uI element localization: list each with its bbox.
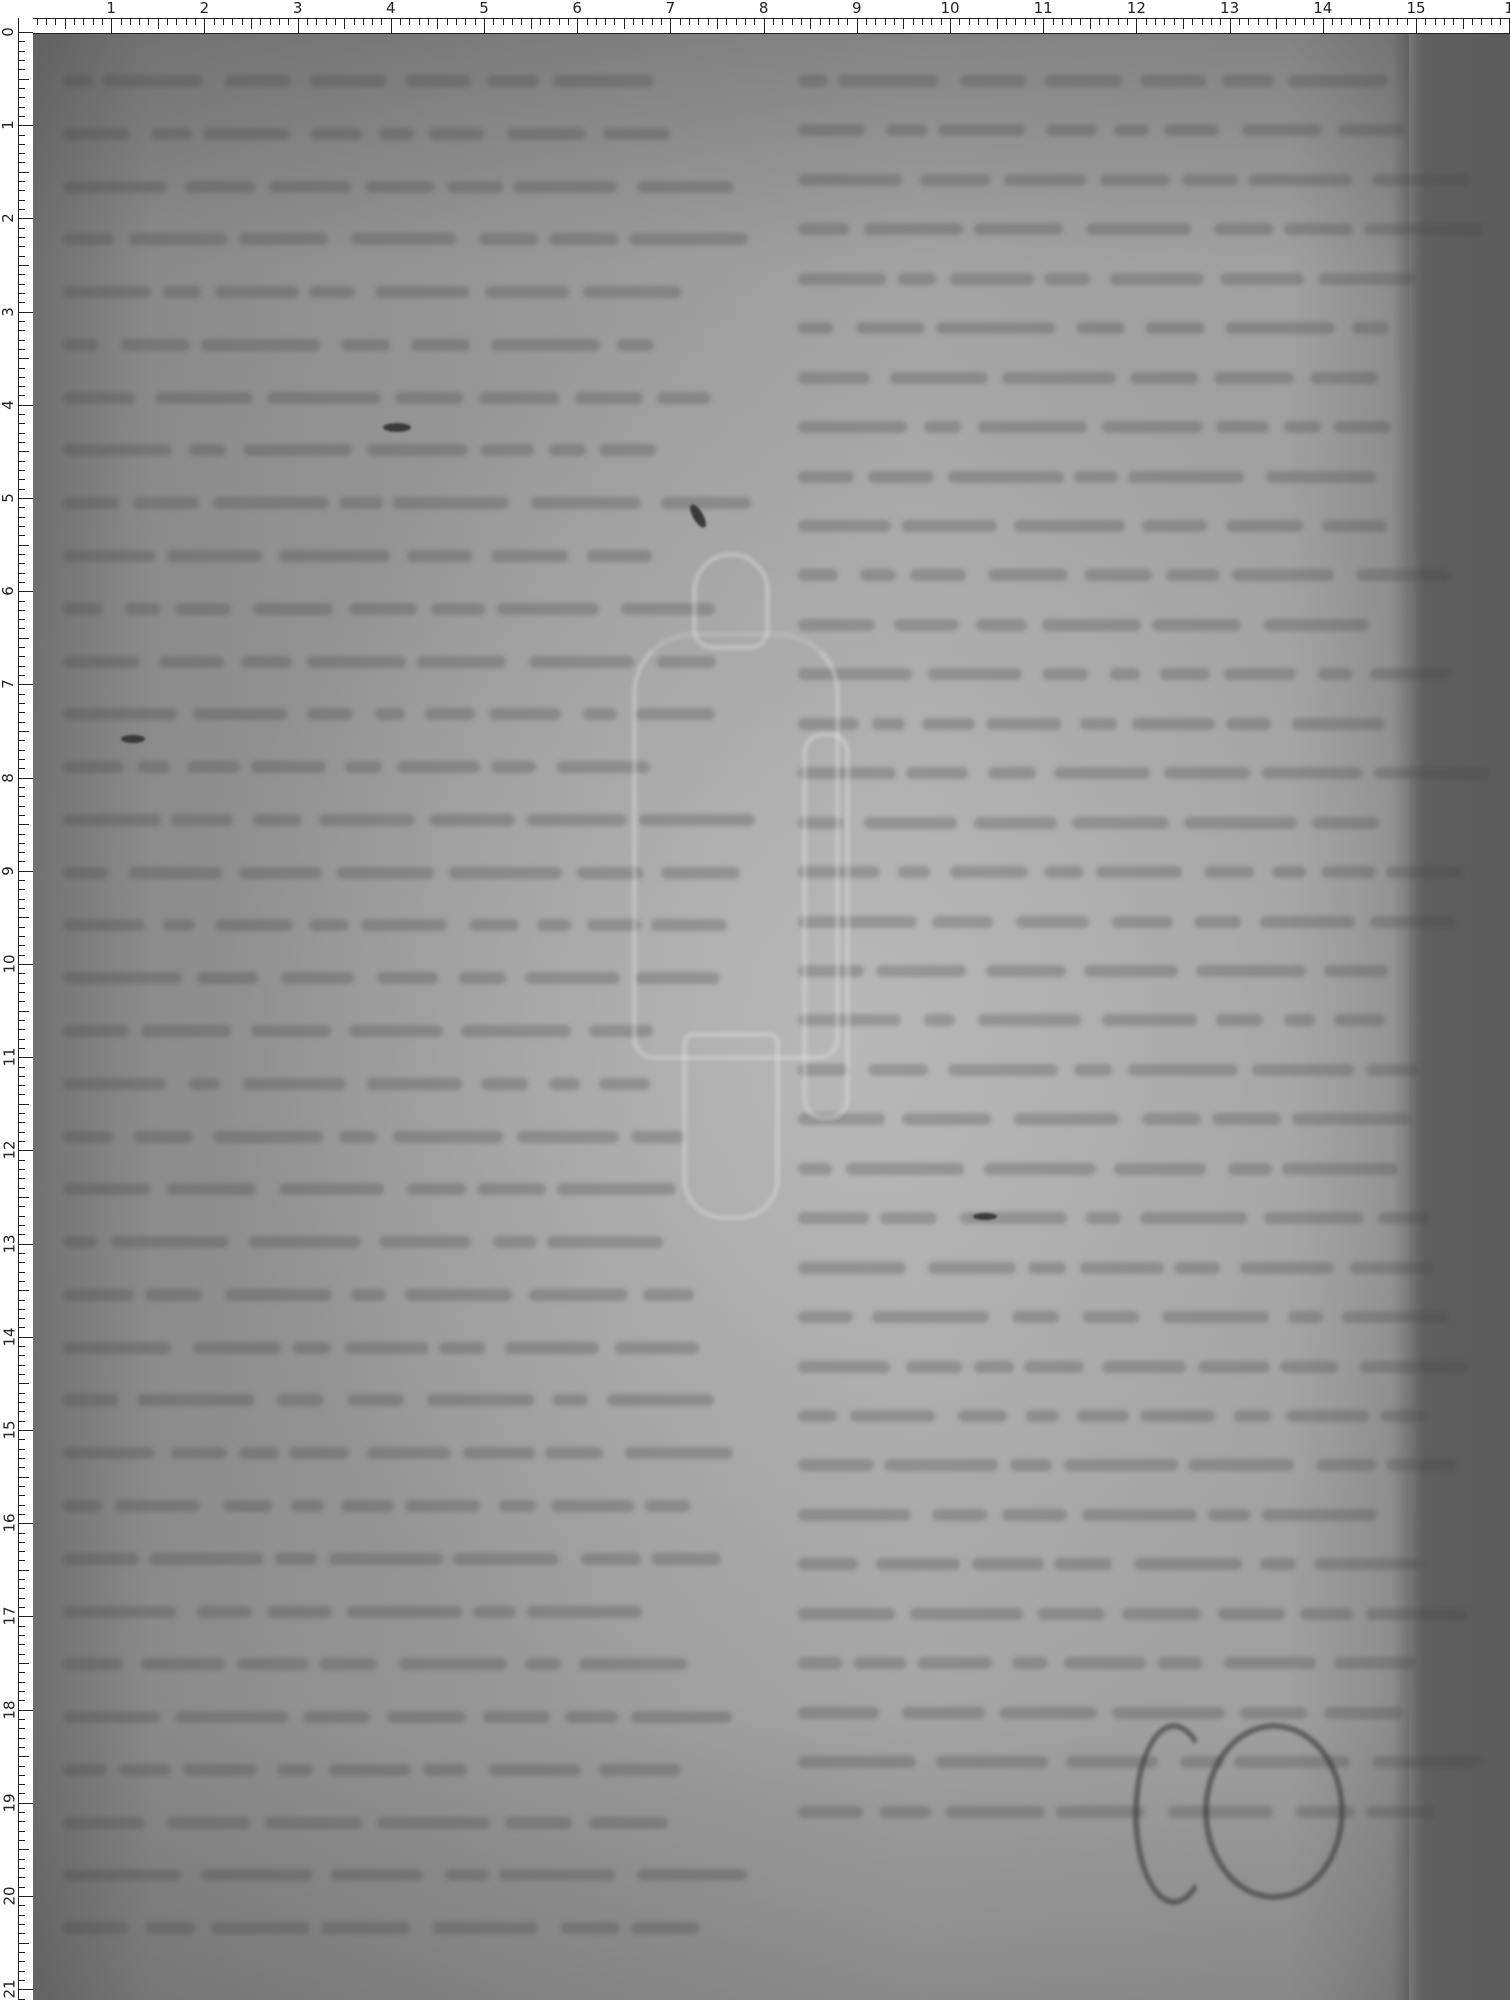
script-word (349, 1025, 443, 1037)
script-word (121, 339, 190, 351)
ruler-tick (232, 18, 233, 25)
ruler-tick (18, 498, 33, 499)
script-word (525, 1658, 561, 1670)
script-word (1112, 1707, 1225, 1719)
script-word (1132, 718, 1215, 730)
ruler-tick (503, 18, 504, 25)
ruler-tick (689, 18, 690, 25)
script-word (884, 1459, 998, 1471)
script-word (429, 814, 515, 826)
ruler-tick (745, 18, 746, 25)
script-word (405, 1500, 480, 1512)
script-word (487, 75, 539, 87)
ruler-tick (18, 340, 25, 341)
ruler-tick (18, 1225, 25, 1226)
ruler-tick (18, 293, 25, 294)
script-word (798, 223, 849, 235)
script-word (1182, 174, 1238, 186)
script-word (798, 1657, 842, 1669)
script-word (407, 1183, 466, 1195)
script-word (1140, 1410, 1215, 1422)
ruler-tick (18, 1728, 25, 1729)
script-word (185, 181, 255, 193)
script-word (1318, 668, 1352, 680)
ruler-tick (18, 908, 25, 909)
ruler-tick (18, 1588, 25, 1589)
script-word (1370, 668, 1450, 680)
ruler-tick (18, 451, 29, 452)
ruler-tick (1407, 18, 1408, 25)
ruler-tick (1127, 18, 1128, 25)
ruler-tick (531, 18, 532, 29)
ruler-label: 20 (0, 1888, 16, 1904)
script-word (171, 1447, 227, 1459)
ruler-tick (18, 1868, 25, 1869)
ruler-tick (18, 1887, 25, 1888)
script-word (1080, 718, 1117, 730)
ruler-tick (18, 619, 25, 620)
ruler-tick (1444, 18, 1445, 25)
ruler-tick (18, 1654, 25, 1655)
ruler-tick (18, 1542, 25, 1543)
script-word (145, 1289, 202, 1301)
script-word (625, 1447, 733, 1459)
ruler-tick (18, 1244, 33, 1245)
script-word (347, 1606, 462, 1618)
ruler-tick (1463, 18, 1464, 29)
ruler-tick (1015, 18, 1016, 25)
script-word (489, 1764, 581, 1776)
script-word (557, 1183, 676, 1195)
script-word (215, 919, 293, 931)
ruler-tick (1118, 18, 1119, 25)
ink-blot (121, 735, 145, 743)
script-word (936, 1756, 1048, 1768)
script-word (1224, 1657, 1316, 1669)
script-word (1264, 619, 1369, 631)
script-word (427, 1394, 534, 1406)
script-word (561, 1922, 620, 1934)
script-word (485, 286, 569, 298)
ruler-tick (260, 18, 261, 25)
script-word (167, 1183, 256, 1195)
ruler-tick (18, 368, 25, 369)
script-word (63, 761, 124, 773)
ruler-tick (587, 18, 588, 25)
script-word (549, 444, 586, 456)
ruler-tick (18, 1961, 25, 1962)
script-word (1046, 124, 1097, 136)
script-word (798, 1459, 874, 1471)
script-word (1152, 619, 1241, 631)
script-word (387, 1711, 466, 1723)
ruler-tick (18, 470, 25, 471)
ruler-tick (18, 666, 25, 667)
script-word (978, 1014, 1081, 1026)
ruler-label: 11 (0, 1049, 16, 1065)
ruler-label: 18 (0, 1702, 16, 1718)
script-word (868, 471, 934, 483)
ruler-label: 17 (0, 1608, 16, 1624)
script-word (469, 919, 519, 931)
ruler-tick (18, 1859, 25, 1860)
ruler-tick (18, 1020, 25, 1021)
script-word (1072, 817, 1169, 829)
script-word (405, 75, 471, 87)
ruler-tick (18, 162, 25, 163)
script-word (171, 814, 233, 826)
ruler-tick (344, 18, 345, 29)
script-word (365, 181, 435, 193)
script-word (311, 128, 362, 140)
ruler-tick (18, 1402, 25, 1403)
script-word (291, 1500, 324, 1512)
ruler-tick (18, 1234, 25, 1235)
script-word (1082, 1509, 1197, 1521)
ruler-label: 9 (852, 0, 862, 16)
script-word (1232, 569, 1334, 581)
ruler-tick (18, 321, 25, 322)
ruler-tick (18, 1160, 25, 1161)
ruler-tick (1500, 18, 1501, 25)
script-word (1112, 916, 1173, 928)
script-word (63, 1869, 181, 1881)
ruler-tick (18, 79, 29, 80)
script-word (1128, 471, 1244, 483)
ruler-tick (18, 1411, 25, 1412)
script-word (531, 497, 641, 509)
ruler-tick (18, 1477, 29, 1478)
ruler-tick (18, 405, 33, 406)
ruler-tick (18, 386, 25, 387)
script-word (477, 1183, 546, 1195)
script-word (872, 718, 905, 730)
ruler-tick (1043, 18, 1044, 33)
script-word (167, 550, 262, 562)
ruler-label: 8 (0, 770, 16, 786)
script-word (631, 1131, 685, 1143)
script-word (599, 444, 656, 456)
script-word (1160, 668, 1210, 680)
script-word (63, 708, 177, 720)
ruler-tick (18, 423, 25, 424)
script-word (423, 1764, 467, 1776)
ruler-tick (18, 1393, 25, 1394)
ruler-tick (18, 414, 25, 415)
script-word (253, 603, 333, 615)
ruler-label: 12 (0, 1142, 16, 1158)
ruler-tick (270, 18, 271, 25)
ruler-tick (18, 1458, 25, 1459)
ruler-label: 11 (1034, 0, 1053, 16)
script-word (1096, 866, 1182, 878)
ruler-tick (18, 274, 25, 275)
script-word (1292, 1113, 1411, 1125)
script-word (525, 972, 620, 984)
script-word (175, 1711, 288, 1723)
script-word (910, 1608, 1023, 1620)
ruler-tick (18, 1980, 25, 1981)
ruler-tick (670, 18, 671, 33)
ruler-tick (18, 582, 25, 583)
ruler-tick (148, 18, 149, 25)
ruler-tick (1369, 18, 1370, 29)
script-word (481, 1078, 528, 1090)
script-word (527, 814, 627, 826)
script-word (63, 603, 103, 615)
ruler-tick (242, 18, 243, 25)
ruler-label: 13 (0, 1236, 16, 1252)
script-word (103, 75, 203, 87)
ruler-tick (18, 1560, 25, 1561)
script-word (868, 1064, 928, 1076)
ruler-tick (326, 18, 327, 25)
ruler-tick (18, 1337, 33, 1338)
script-word (1272, 866, 1306, 878)
script-word (377, 1817, 490, 1829)
script-word (838, 75, 938, 87)
ruler-tick (18, 1579, 25, 1580)
ruler-tick (1211, 18, 1212, 25)
script-word (267, 392, 381, 404)
script-word (345, 761, 382, 773)
script-word (1216, 1014, 1263, 1026)
ruler-tick (18, 265, 29, 266)
script-word (517, 1131, 619, 1143)
script-word (243, 444, 352, 456)
script-word (279, 1183, 384, 1195)
ruler-tick (717, 18, 718, 29)
ruler-tick (18, 1747, 25, 1748)
ruler-tick (18, 1048, 25, 1049)
script-word (1140, 75, 1206, 87)
script-word (1366, 1064, 1420, 1076)
ruler-tick (18, 1206, 25, 1207)
script-word (798, 1212, 869, 1224)
ruler-tick (1313, 18, 1314, 25)
script-word (159, 656, 224, 668)
script-word (493, 1236, 537, 1248)
ruler-tick (1351, 18, 1352, 25)
script-word (1218, 1608, 1285, 1620)
script-word (1024, 1361, 1084, 1373)
ruler-tick (614, 18, 615, 25)
script-word (553, 1394, 588, 1406)
script-word (1044, 75, 1122, 87)
script-word (223, 1500, 272, 1512)
script-word (864, 817, 957, 829)
ruler-label: 16 (0, 1515, 16, 1531)
ruler-tick (18, 135, 25, 136)
script-word (63, 1658, 123, 1670)
script-word (575, 392, 643, 404)
script-word (920, 174, 990, 186)
script-word (1102, 1361, 1186, 1373)
script-word (1316, 1459, 1376, 1471)
ruler-tick (456, 18, 457, 25)
ruler-tick (708, 18, 709, 25)
script-word (499, 1869, 615, 1881)
script-word (243, 1078, 346, 1090)
script-word (63, 1817, 144, 1829)
script-word (115, 1500, 200, 1512)
ruler-tick (18, 1523, 33, 1524)
script-word (279, 550, 390, 562)
script-word (864, 223, 963, 235)
ruler-tick (941, 18, 942, 25)
script-word (201, 339, 320, 351)
script-word (319, 1658, 377, 1670)
script-word (63, 1394, 118, 1406)
ruler-tick (521, 18, 522, 25)
ruler-tick (18, 1374, 25, 1375)
script-word (1334, 421, 1391, 433)
ruler-tick (419, 18, 420, 25)
ruler-label: 7 (0, 676, 16, 692)
script-word (1214, 223, 1273, 235)
script-word (906, 1361, 962, 1373)
ruler-tick (195, 18, 196, 25)
ruler-tick (186, 18, 187, 25)
script-word (1322, 866, 1376, 878)
script-word (329, 1553, 443, 1565)
ruler-tick (18, 218, 33, 219)
ruler-tick (18, 1505, 25, 1506)
ruler-tick (838, 18, 839, 25)
ruler-tick (820, 18, 821, 25)
ruler-tick (465, 18, 466, 25)
ruler-tick (18, 1383, 29, 1384)
ruler-tick (18, 861, 25, 862)
ruler-tick (894, 18, 895, 25)
script-word (1100, 174, 1170, 186)
script-word (1322, 520, 1387, 532)
script-word (345, 1342, 429, 1354)
ruler-tick (93, 18, 94, 25)
script-word (339, 497, 383, 509)
ruler-label: 2 (0, 210, 16, 226)
script-word (1076, 322, 1125, 334)
script-word (631, 1711, 732, 1723)
ruler-tick (18, 871, 33, 872)
script-word (1342, 1311, 1449, 1323)
script-word (1380, 1410, 1425, 1422)
script-word (499, 1500, 536, 1512)
script-word (932, 1509, 987, 1521)
ruler-tick (18, 1141, 25, 1142)
script-word (1064, 1657, 1146, 1669)
script-word (922, 718, 975, 730)
ruler-tick (18, 675, 25, 676)
ruler-tick (18, 1644, 25, 1645)
script-word (1374, 767, 1490, 779)
ruler-tick (18, 638, 29, 639)
script-word (211, 1922, 310, 1934)
ruler-tick (1397, 18, 1398, 25)
ruler-tick (428, 18, 429, 25)
script-word (948, 471, 1064, 483)
ruler-label: 6 (0, 583, 16, 599)
script-word (133, 497, 199, 509)
ruler-tick (307, 18, 308, 25)
ruler-label: 1 (0, 117, 16, 133)
ruler-tick (18, 1635, 25, 1636)
top-ruler: 01234567891011121314151 (0, 0, 1510, 34)
script-word (798, 322, 833, 334)
script-word (63, 1922, 128, 1934)
script-word (489, 708, 561, 720)
script-word (798, 124, 865, 136)
script-word (63, 286, 151, 298)
script-word (1044, 273, 1090, 285)
script-word (902, 1113, 991, 1125)
script-word (399, 1658, 507, 1670)
script-word (309, 286, 355, 298)
ruler-tick (18, 181, 25, 182)
ruler-tick (18, 107, 25, 108)
script-word (337, 867, 434, 879)
script-word (529, 656, 634, 668)
script-word (447, 181, 503, 193)
script-word (119, 1764, 171, 1776)
script-word (341, 1500, 394, 1512)
ink-blot (973, 1213, 997, 1220)
ruler-label: 2 (200, 0, 210, 16)
script-word (1234, 1410, 1271, 1422)
script-word (1086, 223, 1191, 235)
script-word (303, 1711, 370, 1723)
script-word (1044, 866, 1084, 878)
script-word (872, 1311, 989, 1323)
ruler-tick (903, 18, 904, 29)
script-word (549, 1078, 580, 1090)
script-word (367, 1078, 462, 1090)
script-word (1266, 471, 1376, 483)
ruler-tick (18, 1449, 25, 1450)
ruler-tick (1192, 18, 1193, 25)
ruler-tick (18, 1150, 33, 1151)
script-word (1364, 223, 1483, 235)
script-word (537, 919, 571, 931)
ruler-label: 10 (0, 956, 16, 972)
script-word (880, 1806, 931, 1818)
script-word (1114, 1163, 1206, 1175)
script-word (974, 223, 1063, 235)
script-word (1188, 1459, 1294, 1471)
ruler-tick (1481, 18, 1482, 25)
script-word (894, 619, 959, 631)
script-word (479, 233, 538, 245)
ruler-tick (1416, 18, 1417, 33)
script-word (988, 569, 1068, 581)
ruler-tick (1239, 18, 1240, 25)
ruler-tick (810, 18, 811, 29)
script-word (798, 1707, 879, 1719)
script-word (163, 919, 195, 931)
ruler-tick (18, 1197, 29, 1198)
ruler-tick (18, 1616, 33, 1617)
script-word (1288, 75, 1388, 87)
script-word (63, 1025, 129, 1037)
script-word (197, 1606, 252, 1618)
ruler-tick (1286, 18, 1287, 25)
script-word (798, 1410, 837, 1422)
script-word (1220, 273, 1304, 285)
ruler-tick (18, 1039, 25, 1040)
script-word (507, 128, 586, 140)
script-word (63, 392, 135, 404)
script-word (950, 866, 1028, 878)
